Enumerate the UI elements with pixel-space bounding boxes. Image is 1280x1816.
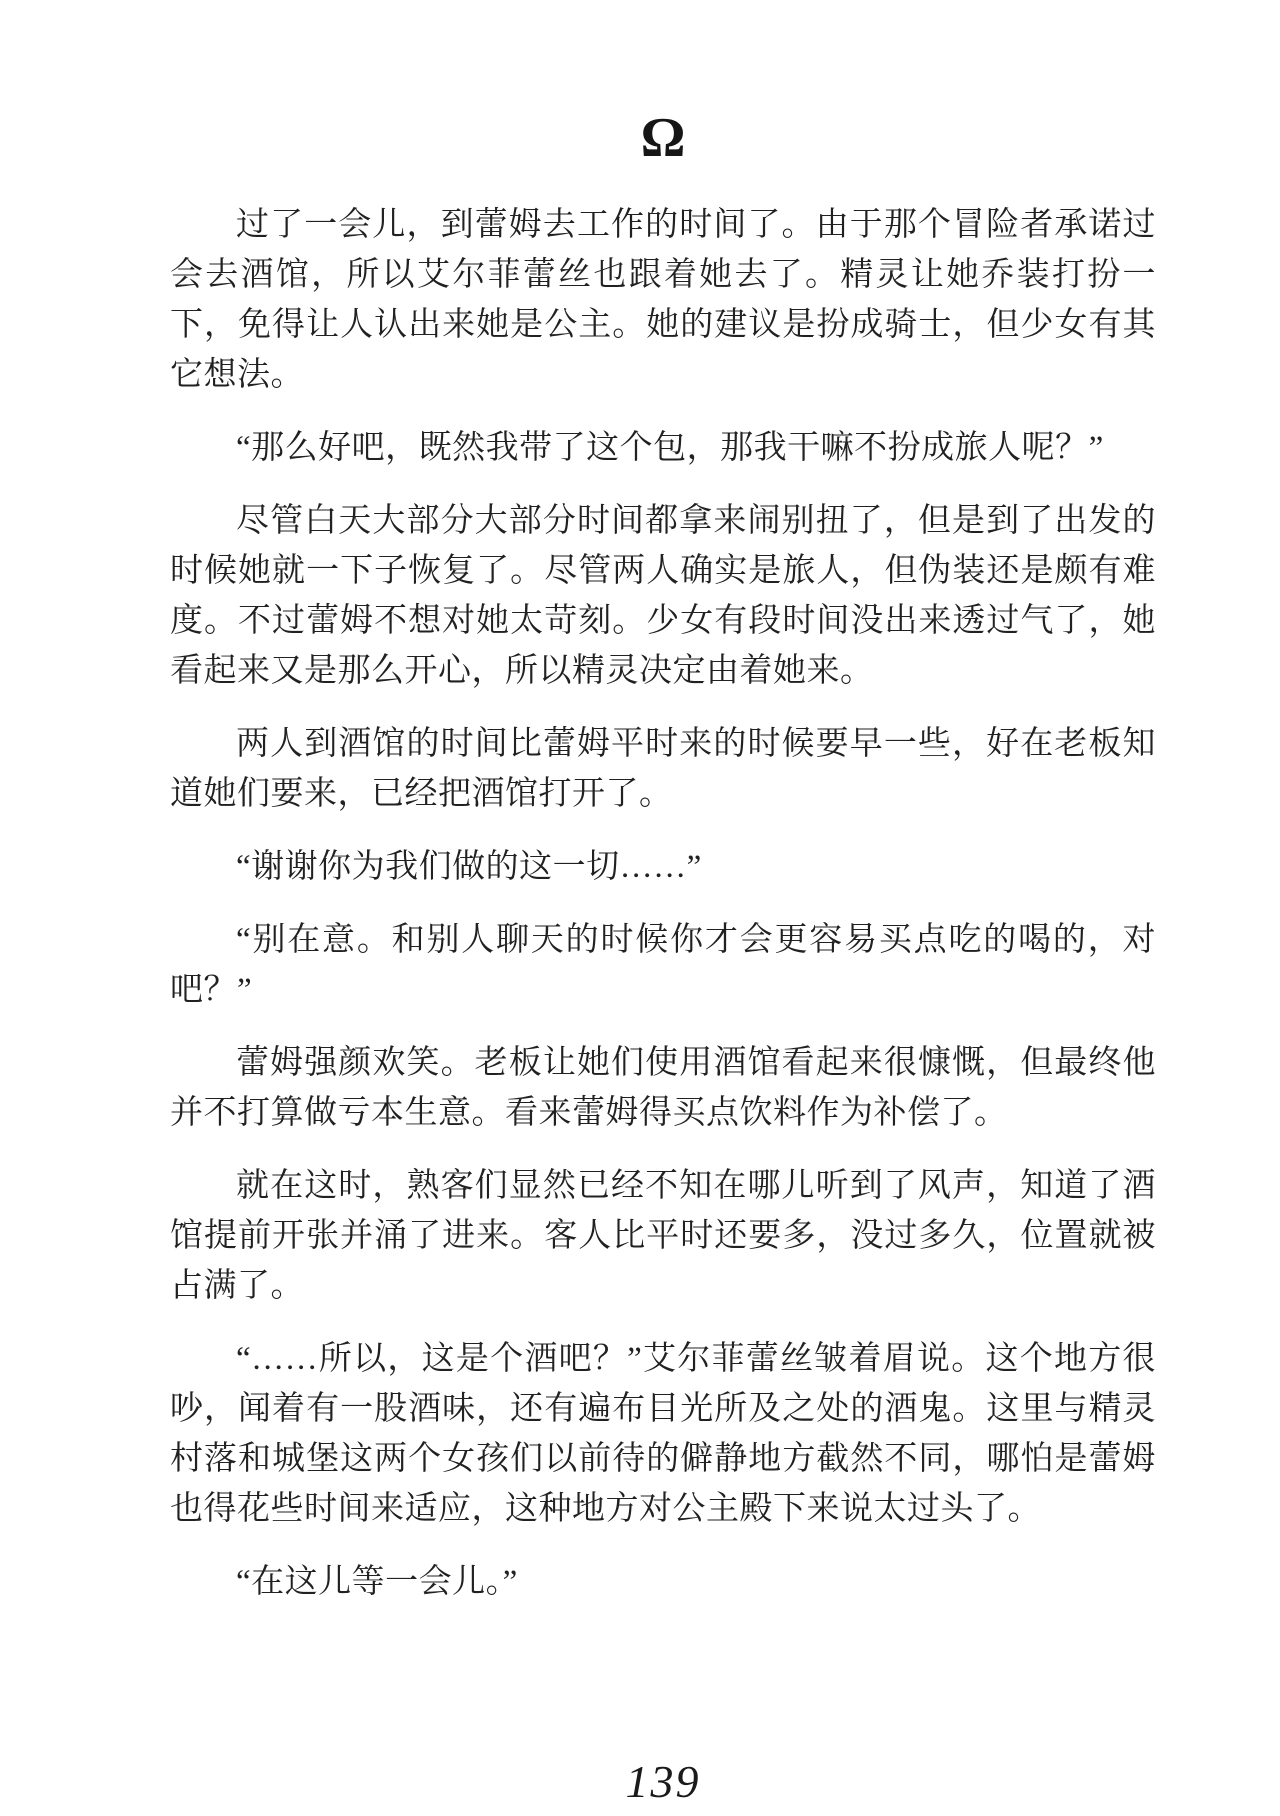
dialogue-paragraph: “在这儿等一会儿。” [170,1557,1156,1607]
dialogue-paragraph: “谢谢你为我们做的这一切……” [170,842,1156,892]
paragraph: 尽管白天大部分大部分时间都拿来闹别扭了，但是到了出发的时候她就一下子恢复了。尽管… [170,496,1156,696]
page-body-text: 过了一会儿，到蕾姆去工作的时间了。由于那个冒险者承诺过会去酒馆，所以艾尔菲蕾丝也… [170,200,1156,1607]
paragraph: 过了一会儿，到蕾姆去工作的时间了。由于那个冒险者承诺过会去酒馆，所以艾尔菲蕾丝也… [170,200,1156,400]
paragraph: 就在这时，熟客们显然已经不知在哪儿听到了风声，知道了酒馆提前开张并涌了进来。客人… [170,1161,1156,1311]
dialogue-paragraph: “那么好吧，既然我带了这个包，那我干嘛不扮成旅人呢？” [170,423,1156,473]
book-page: Ω 过了一会儿，到蕾姆去工作的时间了。由于那个冒险者承诺过会去酒馆，所以艾尔菲蕾… [170,0,1156,1808]
page-number: 139 [170,1755,1156,1808]
paragraph: “……所以，这是个酒吧？”艾尔菲蕾丝皱着眉说。这个地方很吵，闻着有一股酒味，还有… [170,1334,1156,1534]
chapter-divider-symbol: Ω [170,104,1156,172]
dialogue-paragraph: “别在意。和别人聊天的时候你才会更容易买点吃的喝的，对吧？” [170,915,1156,1015]
paragraph: 两人到酒馆的时间比蕾姆平时来的时候要早一些，好在老板知道她们要来，已经把酒馆打开… [170,719,1156,819]
paragraph: 蕾姆强颜欢笑。老板让她们使用酒馆看起来很慷慨，但最终他并不打算做亏本生意。看来蕾… [170,1038,1156,1138]
